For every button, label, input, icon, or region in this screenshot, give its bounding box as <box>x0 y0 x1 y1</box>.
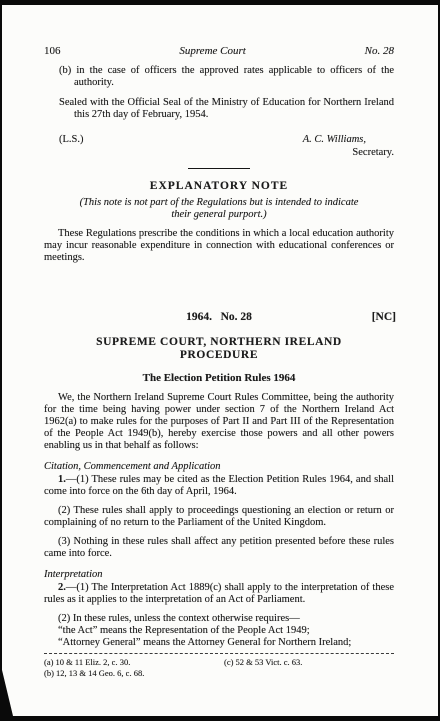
scan-corner-artifact <box>2 670 13 716</box>
rules-title: The Election Petition Rules 1964 <box>44 372 394 384</box>
scanned-document-page: 106 Supreme Court No. 28 (b) in the case… <box>0 0 440 721</box>
definition-the-act: “the Act” means the Representation of th… <box>58 625 394 637</box>
section-divider-rule <box>188 168 250 169</box>
rule-1-1-text: —(1) These rules may be cited as the Ele… <box>44 474 394 497</box>
page-number: 106 <box>44 45 61 57</box>
doc-number: 1964. No. 28 <box>186 311 252 323</box>
footnotes: (a) 10 & 11 Eliz. 2, c. 30. (b) 12, 13 &… <box>44 653 394 679</box>
doc-title-line1: SUPREME COURT, NORTHERN IRELAND <box>96 336 342 348</box>
page-header: 106 Supreme Court No. 28 <box>44 45 394 57</box>
sealed-paragraph: Sealed with the Official Seal of the Min… <box>59 97 394 121</box>
doc-number-row: 1964. No. 28 [NC] <box>44 311 394 323</box>
issue-number: No. 28 <box>365 45 394 57</box>
footnote-column-right: (c) 52 & 53 Vict. c. 63. <box>224 657 394 679</box>
doc-title: SUPREME COURT, NORTHERN IRELAND PROCEDUR… <box>44 336 394 362</box>
explanatory-note-body: These Regulations prescribe the conditio… <box>44 228 394 264</box>
footnote-a: (a) 10 & 11 Eliz. 2, c. 30. <box>44 657 224 668</box>
rule-2-1: 2.—(1) The Interpretation Act 1889(c) sh… <box>44 582 394 606</box>
doc-title-line2: PROCEDURE <box>44 349 394 362</box>
rule-2-1-text: —(1) The Interpretation Act 1889(c) shal… <box>44 582 394 605</box>
rule-1-number: 1. <box>58 474 66 485</box>
section-heading-citation: Citation, Commencement and Application <box>44 461 394 473</box>
page-content: 106 Supreme Court No. 28 (b) in the case… <box>2 5 438 679</box>
footnote-column-left: (a) 10 & 11 Eliz. 2, c. 30. (b) 12, 13 &… <box>44 657 224 679</box>
running-title: Supreme Court <box>179 45 246 57</box>
signature-row: (L.S.) A. C. Williams, <box>44 134 394 146</box>
signature-name: A. C. Williams, <box>303 134 366 146</box>
explanatory-note-heading: EXPLANATORY NOTE <box>44 180 394 192</box>
seal-mark: (L.S.) <box>59 134 84 146</box>
preamble: We, the Northern Ireland Supreme Court R… <box>44 392 394 452</box>
rule-2-2: (2) In these rules, unless the context o… <box>44 613 394 625</box>
footnote-c: (c) 52 & 53 Vict. c. 63. <box>224 657 394 668</box>
signature-role: Secretary. <box>44 147 394 159</box>
explanatory-note-subtitle: (This note is not part of the Regulation… <box>72 197 366 221</box>
footnote-b: (b) 12, 13 & 14 Geo. 6, c. 68. <box>44 668 224 679</box>
rule-1-2: (2) These rules shall apply to proceedin… <box>44 505 394 529</box>
rule-1-1: 1.—(1) These rules may be cited as the E… <box>44 474 394 498</box>
definition-attorney-general: “Attorney General” means the Attorney Ge… <box>58 637 394 649</box>
clause-b: (b) in the case of officers the approved… <box>59 65 394 89</box>
rule-2-number: 2. <box>58 582 66 593</box>
rule-1-3: (3) Nothing in these rules shall affect … <box>44 536 394 560</box>
section-heading-interpretation: Interpretation <box>44 569 394 581</box>
nc-tag: [NC] <box>372 311 396 323</box>
